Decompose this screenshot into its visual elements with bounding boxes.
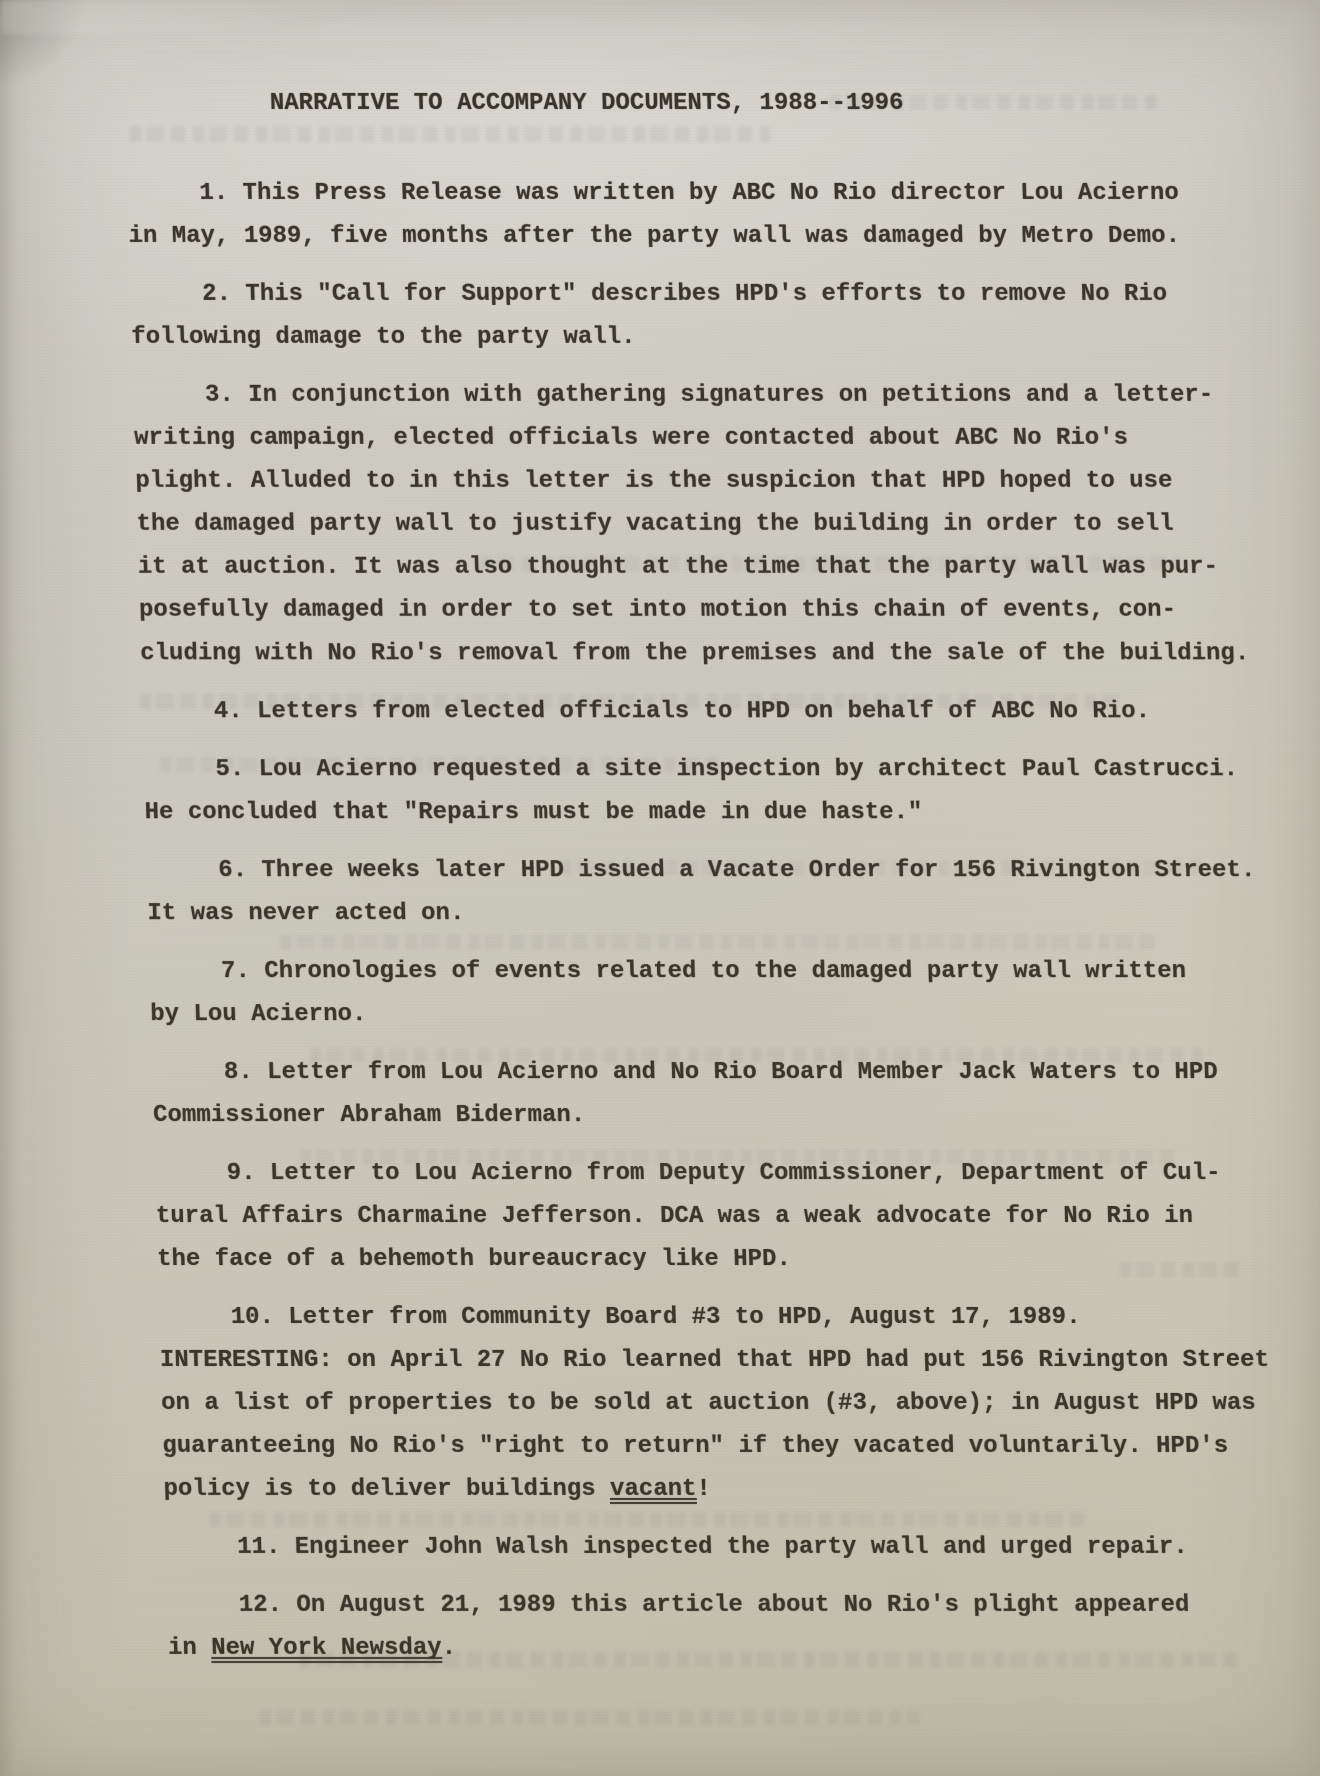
paragraph: 5. Lou Acierno requested a site inspecti… xyxy=(143,748,1303,834)
text-line: on a list of properties to be sold at au… xyxy=(161,1382,1320,1425)
text-segment: Commissioner Abraham Biderman. xyxy=(153,1102,586,1129)
text-line: plight. Alluded to in this letter is the… xyxy=(135,460,1294,503)
text-segment: He concluded that "Repairs must be made … xyxy=(144,799,922,826)
paragraph: 9. Letter to Lou Acierno from Deputy Com… xyxy=(154,1152,1316,1281)
text-segment: 4. Letters from elected officials to HPD… xyxy=(213,698,1150,725)
text-segment: 7. Chronologies of events related to the… xyxy=(221,958,1187,985)
text-line: 10. Letter from Community Board #3 to HP… xyxy=(158,1296,1317,1339)
text-line: policy is to deliver buildings vacant! xyxy=(163,1468,1320,1511)
text-segment: guaranteeing No Rio's "right to return" … xyxy=(162,1433,1229,1460)
text-segment: posefully damaged in order to set into m… xyxy=(139,597,1177,624)
text-segment: 10. Letter from Community Board #3 to HP… xyxy=(230,1304,1081,1331)
text-line: it at auction. It was also thought at th… xyxy=(137,546,1296,589)
paragraph: 4. Letters from elected officials to HPD… xyxy=(141,690,1300,733)
paragraph: 10. Letter from Community Board #3 to HP… xyxy=(158,1296,1320,1511)
text-segment: writing campaign, elected officials were… xyxy=(134,425,1129,452)
text-line: It was never acted on. xyxy=(147,892,1306,935)
text-line: 5. Lou Acierno requested a site inspecti… xyxy=(143,748,1302,791)
paragraph: 3. In conjunction with gathering signatu… xyxy=(132,374,1298,675)
text-line: by Lou Acierno. xyxy=(150,993,1309,1036)
text-line: 3. In conjunction with gathering signatu… xyxy=(132,374,1291,417)
text-segment: it at auction. It was also thought at th… xyxy=(137,554,1218,581)
text-line: following damage to the party wall. xyxy=(131,316,1290,359)
text-segment: by Lou Acierno. xyxy=(150,1001,367,1028)
text-line: the damaged party wall to justify vacati… xyxy=(136,503,1295,546)
paragraph: 6. Three weeks later HPD issued a Vacate… xyxy=(146,849,1306,935)
text-line: 2. This "Call for Support" describes HPD… xyxy=(130,273,1289,316)
text-segment: 5. Lou Acierno requested a site inspecti… xyxy=(215,756,1238,783)
text-line: 1. This Press Release was written by ABC… xyxy=(127,172,1286,215)
text-segment: 2. This "Call for Support" describes HPD… xyxy=(202,281,1168,308)
text-line: tural Affairs Charmaine Jefferson. DCA w… xyxy=(155,1195,1314,1238)
text-segment: 1. This Press Release was written by ABC… xyxy=(199,180,1179,207)
text-segment: in May, 1989, five months after the part… xyxy=(128,223,1180,250)
text-segment: tural Affairs Charmaine Jefferson. DCA w… xyxy=(156,1203,1194,1230)
text-segment: INTERESTING: on April 27 No Rio learned … xyxy=(160,1347,1270,1374)
text-line: 8. Letter from Lou Acierno and No Rio Bo… xyxy=(151,1051,1310,1094)
paragraph: 12. On August 21, 1989 this article abou… xyxy=(166,1584,1320,1670)
document-body: 1. This Press Release was written by ABC… xyxy=(127,172,1320,1670)
text-segment: following damage to the party wall. xyxy=(131,324,636,351)
paragraph: 11. Engineer John Walsh inspected the pa… xyxy=(165,1526,1320,1569)
bleedthrough-text xyxy=(260,1710,920,1725)
text-line: 7. Chronologies of events related to the… xyxy=(149,950,1308,993)
typewritten-content: NARRATIVE TO ACCOMPANY DOCUMENTS, 1988--… xyxy=(0,0,1320,1685)
text-segment: policy is to deliver buildings xyxy=(163,1476,610,1503)
text-line: guaranteeing No Rio's "right to return" … xyxy=(162,1425,1320,1468)
text-segment: 6. Three weeks later HPD issued a Vacate… xyxy=(218,857,1256,884)
paragraph: 2. This "Call for Support" describes HPD… xyxy=(130,273,1290,359)
text-segment: 11. Engineer John Walsh inspected the pa… xyxy=(237,1534,1188,1561)
text-line: 11. Engineer John Walsh inspected the pa… xyxy=(165,1526,1320,1569)
text-segment: the damaged party wall to justify vacati… xyxy=(136,511,1174,538)
text-line: 4. Letters from elected officials to HPD… xyxy=(141,690,1300,733)
paragraph: 8. Letter from Lou Acierno and No Rio Bo… xyxy=(151,1051,1311,1137)
text-line: 12. On August 21, 1989 this article abou… xyxy=(166,1584,1320,1627)
text-segment: . xyxy=(441,1635,456,1662)
text-line: 9. Letter to Lou Acierno from Deputy Com… xyxy=(154,1152,1313,1195)
text-segment: 3. In conjunction with gathering signatu… xyxy=(205,382,1214,409)
text-segment: ! xyxy=(696,1476,711,1503)
text-segment: the face of a behemoth bureaucracy like … xyxy=(157,1246,791,1273)
photographed-document-page: NARRATIVE TO ACCOMPANY DOCUMENTS, 1988--… xyxy=(0,0,1320,1776)
text-line: in May, 1989, five months after the part… xyxy=(128,215,1287,258)
text-line: writing campaign, elected officials were… xyxy=(134,417,1293,460)
text-segment: plight. Alluded to in this letter is the… xyxy=(135,468,1173,495)
text-segment: It was never acted on. xyxy=(147,900,465,927)
text-segment: cluding with No Rio's removal from the p… xyxy=(140,640,1250,667)
text-line: 6. Three weeks later HPD issued a Vacate… xyxy=(146,849,1305,892)
text-line: INTERESTING: on April 27 No Rio learned … xyxy=(159,1339,1318,1382)
text-line: Commissioner Abraham Biderman. xyxy=(153,1094,1312,1137)
paragraph: 7. Chronologies of events related to the… xyxy=(149,950,1309,1036)
text-segment: 8. Letter from Lou Acierno and No Rio Bo… xyxy=(224,1059,1219,1086)
text-line: posefully damaged in order to set into m… xyxy=(138,589,1297,632)
text-line: cluding with No Rio's removal from the p… xyxy=(140,632,1299,675)
underlined-text: New York Newsday xyxy=(211,1635,442,1663)
text-segment: 9. Letter to Lou Acierno from Deputy Com… xyxy=(226,1160,1221,1187)
underlined-text: vacant xyxy=(610,1476,697,1504)
text-segment: on a list of properties to be sold at au… xyxy=(161,1390,1256,1417)
text-line: the face of a behemoth bureaucracy like … xyxy=(157,1238,1316,1281)
text-segment: in xyxy=(168,1635,212,1662)
text-line: He concluded that "Repairs must be made … xyxy=(144,791,1303,834)
paragraph: 1. This Press Release was written by ABC… xyxy=(127,172,1287,258)
text-segment: 12. On August 21, 1989 this article abou… xyxy=(238,1592,1189,1619)
text-line: in New York Newsday. xyxy=(167,1627,1320,1670)
document-title: NARRATIVE TO ACCOMPANY DOCUMENTS, 1988--… xyxy=(124,82,1283,125)
